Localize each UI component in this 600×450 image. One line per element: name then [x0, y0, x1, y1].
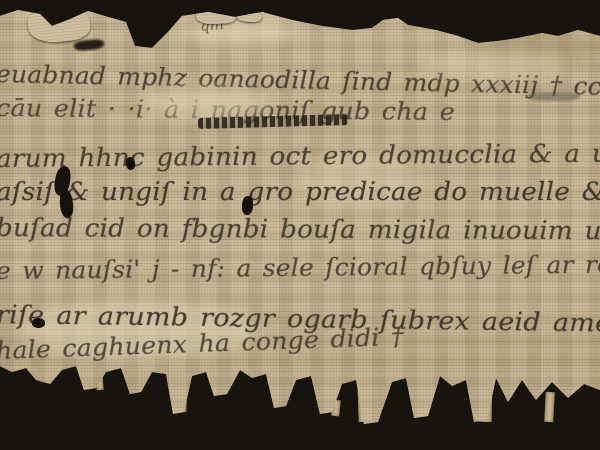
script-line-4: aſsiſ & ungiſ in a gro predicae do muell…: [0, 177, 600, 206]
script-line-3: arum hhnc gabinin oct ero domucclia & a …: [0, 138, 600, 173]
torn-flap: [196, 5, 237, 25]
papyrus-fibre-debris: [544, 392, 555, 422]
papyrus-hole: [32, 318, 45, 328]
green-smudge: [528, 92, 580, 101]
papyrus-sheet: qm̄ euabnad mphz oanaodilla ſind mdp xxx…: [0, 0, 600, 450]
photo-background: qm̄ euabnad mphz oanaodilla ſind mdp xxx…: [0, 0, 600, 450]
script-line-5: buſad cid on fbgnbi bouſa migila inuouim…: [0, 213, 600, 246]
